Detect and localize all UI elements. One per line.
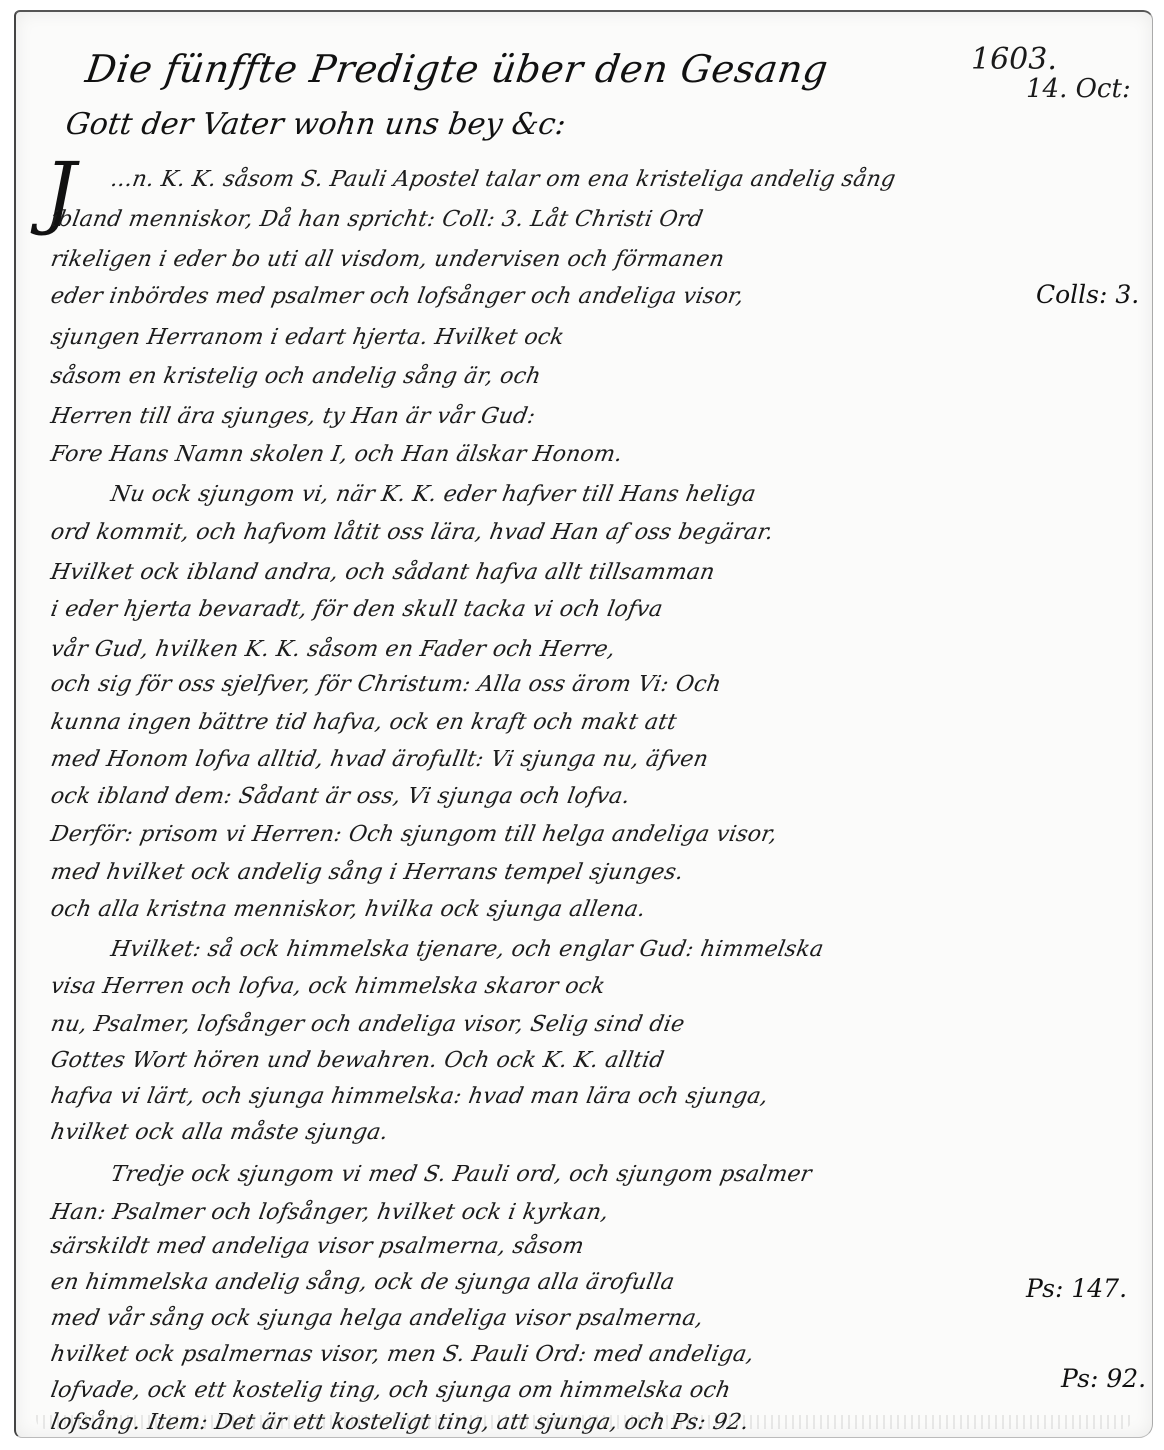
text-line: eder inbördes med psalmer och lofsånger … — [49, 284, 746, 309]
text-line: ord kommit, och hafvom låtit oss lära, h… — [49, 520, 776, 545]
text-line: Tredje ock sjungom vi med S. Pauli ord, … — [109, 1162, 814, 1187]
text-line: hvilket ock psalmernas visor, men S. Pau… — [49, 1342, 756, 1367]
text-line: ock ibland dem: Sådant är oss, Vi sjunga… — [49, 784, 632, 809]
margin-note-ps92: Ps: 92. — [1061, 1364, 1146, 1393]
text-line: Gottes Wort hören und bewahren. Och ock … — [49, 1048, 666, 1073]
document-subheading: Gott der Vater wohn uns bey &c: — [64, 107, 568, 142]
text-line: Han: Psalmer och lofsånger, hvilket ock … — [49, 1200, 611, 1225]
text-line: nu, Psalmer, lofsånger och andeliga viso… — [49, 1012, 687, 1037]
text-line: vår Gud, hvilken K. K. såsom en Fader oc… — [49, 637, 617, 662]
text-line: en himmelska andelig sång, ock de sjunga… — [49, 1270, 677, 1295]
worn-page-edge — [36, 1415, 1132, 1429]
margin-note-ps147: Ps: 147. — [1026, 1274, 1127, 1303]
manuscript-page: Die fünffte Predigte über den Gesang Got… — [14, 10, 1153, 1438]
text-line: i eder hjerta bevaradt, för den skull ta… — [49, 597, 665, 622]
text-line: Herren till ära sjunges, ty Han är vår G… — [49, 404, 538, 429]
document-date: 14. Oct: — [1026, 74, 1131, 104]
text-line: såsom en kristelig och andelig sång är, … — [49, 364, 543, 389]
text-line: rikeligen i eder bo uti all visdom, unde… — [49, 247, 726, 272]
text-line: med hvilket ock andelig sång i Herrans t… — [49, 860, 686, 885]
text-line: kunna ingen bättre tid hafva, ock en kra… — [49, 710, 679, 735]
text-line: Derför: prisom vi Herren: Och sjungom ti… — [49, 822, 779, 847]
text-line: med Honom lofva alltid, hvad ärofullt: V… — [49, 747, 710, 772]
text-line: Hvilket: så ock himmelska tjenare, och e… — [109, 937, 826, 962]
text-line: och alla kristna menniskor, hvilka ock s… — [49, 897, 648, 922]
text-line: hvilket ock alla måste sjunga. — [49, 1120, 390, 1145]
text-line: Fore Hans Namn skolen I, och Han älskar … — [49, 442, 625, 467]
text-line: särskildt med andeliga visor psalmerna, … — [49, 1234, 586, 1259]
text-line: med vår sång ock sjunga helga andeliga v… — [49, 1306, 705, 1331]
text-line: hafva vi lärt, och sjunga himmelska: hva… — [49, 1084, 770, 1109]
text-line: visa Herren och lofva, ock himmelska ska… — [49, 974, 607, 999]
text-line: lofvade, ock ett kostelig ting, och sjun… — [49, 1378, 733, 1403]
document-heading: Die fünffte Predigte über den Gesang — [83, 47, 831, 91]
margin-note-colls: Colls: 3. — [1036, 280, 1139, 309]
text-line: Hvilket ock ibland andra, och sådant haf… — [49, 560, 717, 585]
text-line: ...n. K. K. såsom S. Pauli Apostel talar… — [109, 167, 898, 192]
text-line: sjungen Herranom i edart hjerta. Hvilket… — [49, 325, 566, 350]
text-line: och sig för oss sjelfver, för Christum: … — [49, 672, 723, 697]
text-line: Nu ock sjungom vi, när K. K. eder hafver… — [109, 482, 758, 507]
text-line: ibland menniskor, Då han spricht: Coll: … — [49, 207, 705, 232]
document-year: 1603. — [971, 42, 1057, 77]
